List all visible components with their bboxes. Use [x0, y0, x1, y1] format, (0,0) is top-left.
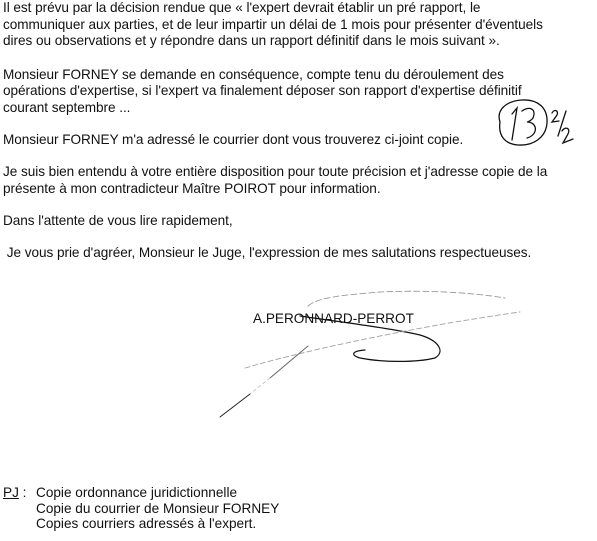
handwritten-page-number-stamp	[0, 0, 597, 541]
attachments-label: PJ	[3, 485, 19, 500]
stamp-circle-icon	[499, 100, 547, 145]
attachment-item: Copies courriers adressés à l'expert.	[33, 516, 279, 532]
signatory-name: A.PERONNARD-PERROT	[253, 311, 414, 327]
attachments-block: PJ : Copie ordonnance juridictionnelle C…	[3, 485, 30, 501]
attachment-item: Copie ordonnance juridictionnelle	[33, 485, 279, 501]
attachments-separator: :	[19, 485, 30, 500]
attachment-item: Copie du courrier de Monsieur FORNEY	[33, 501, 279, 517]
attachments-list: Copie ordonnance juridictionnelle Copie …	[33, 485, 279, 532]
